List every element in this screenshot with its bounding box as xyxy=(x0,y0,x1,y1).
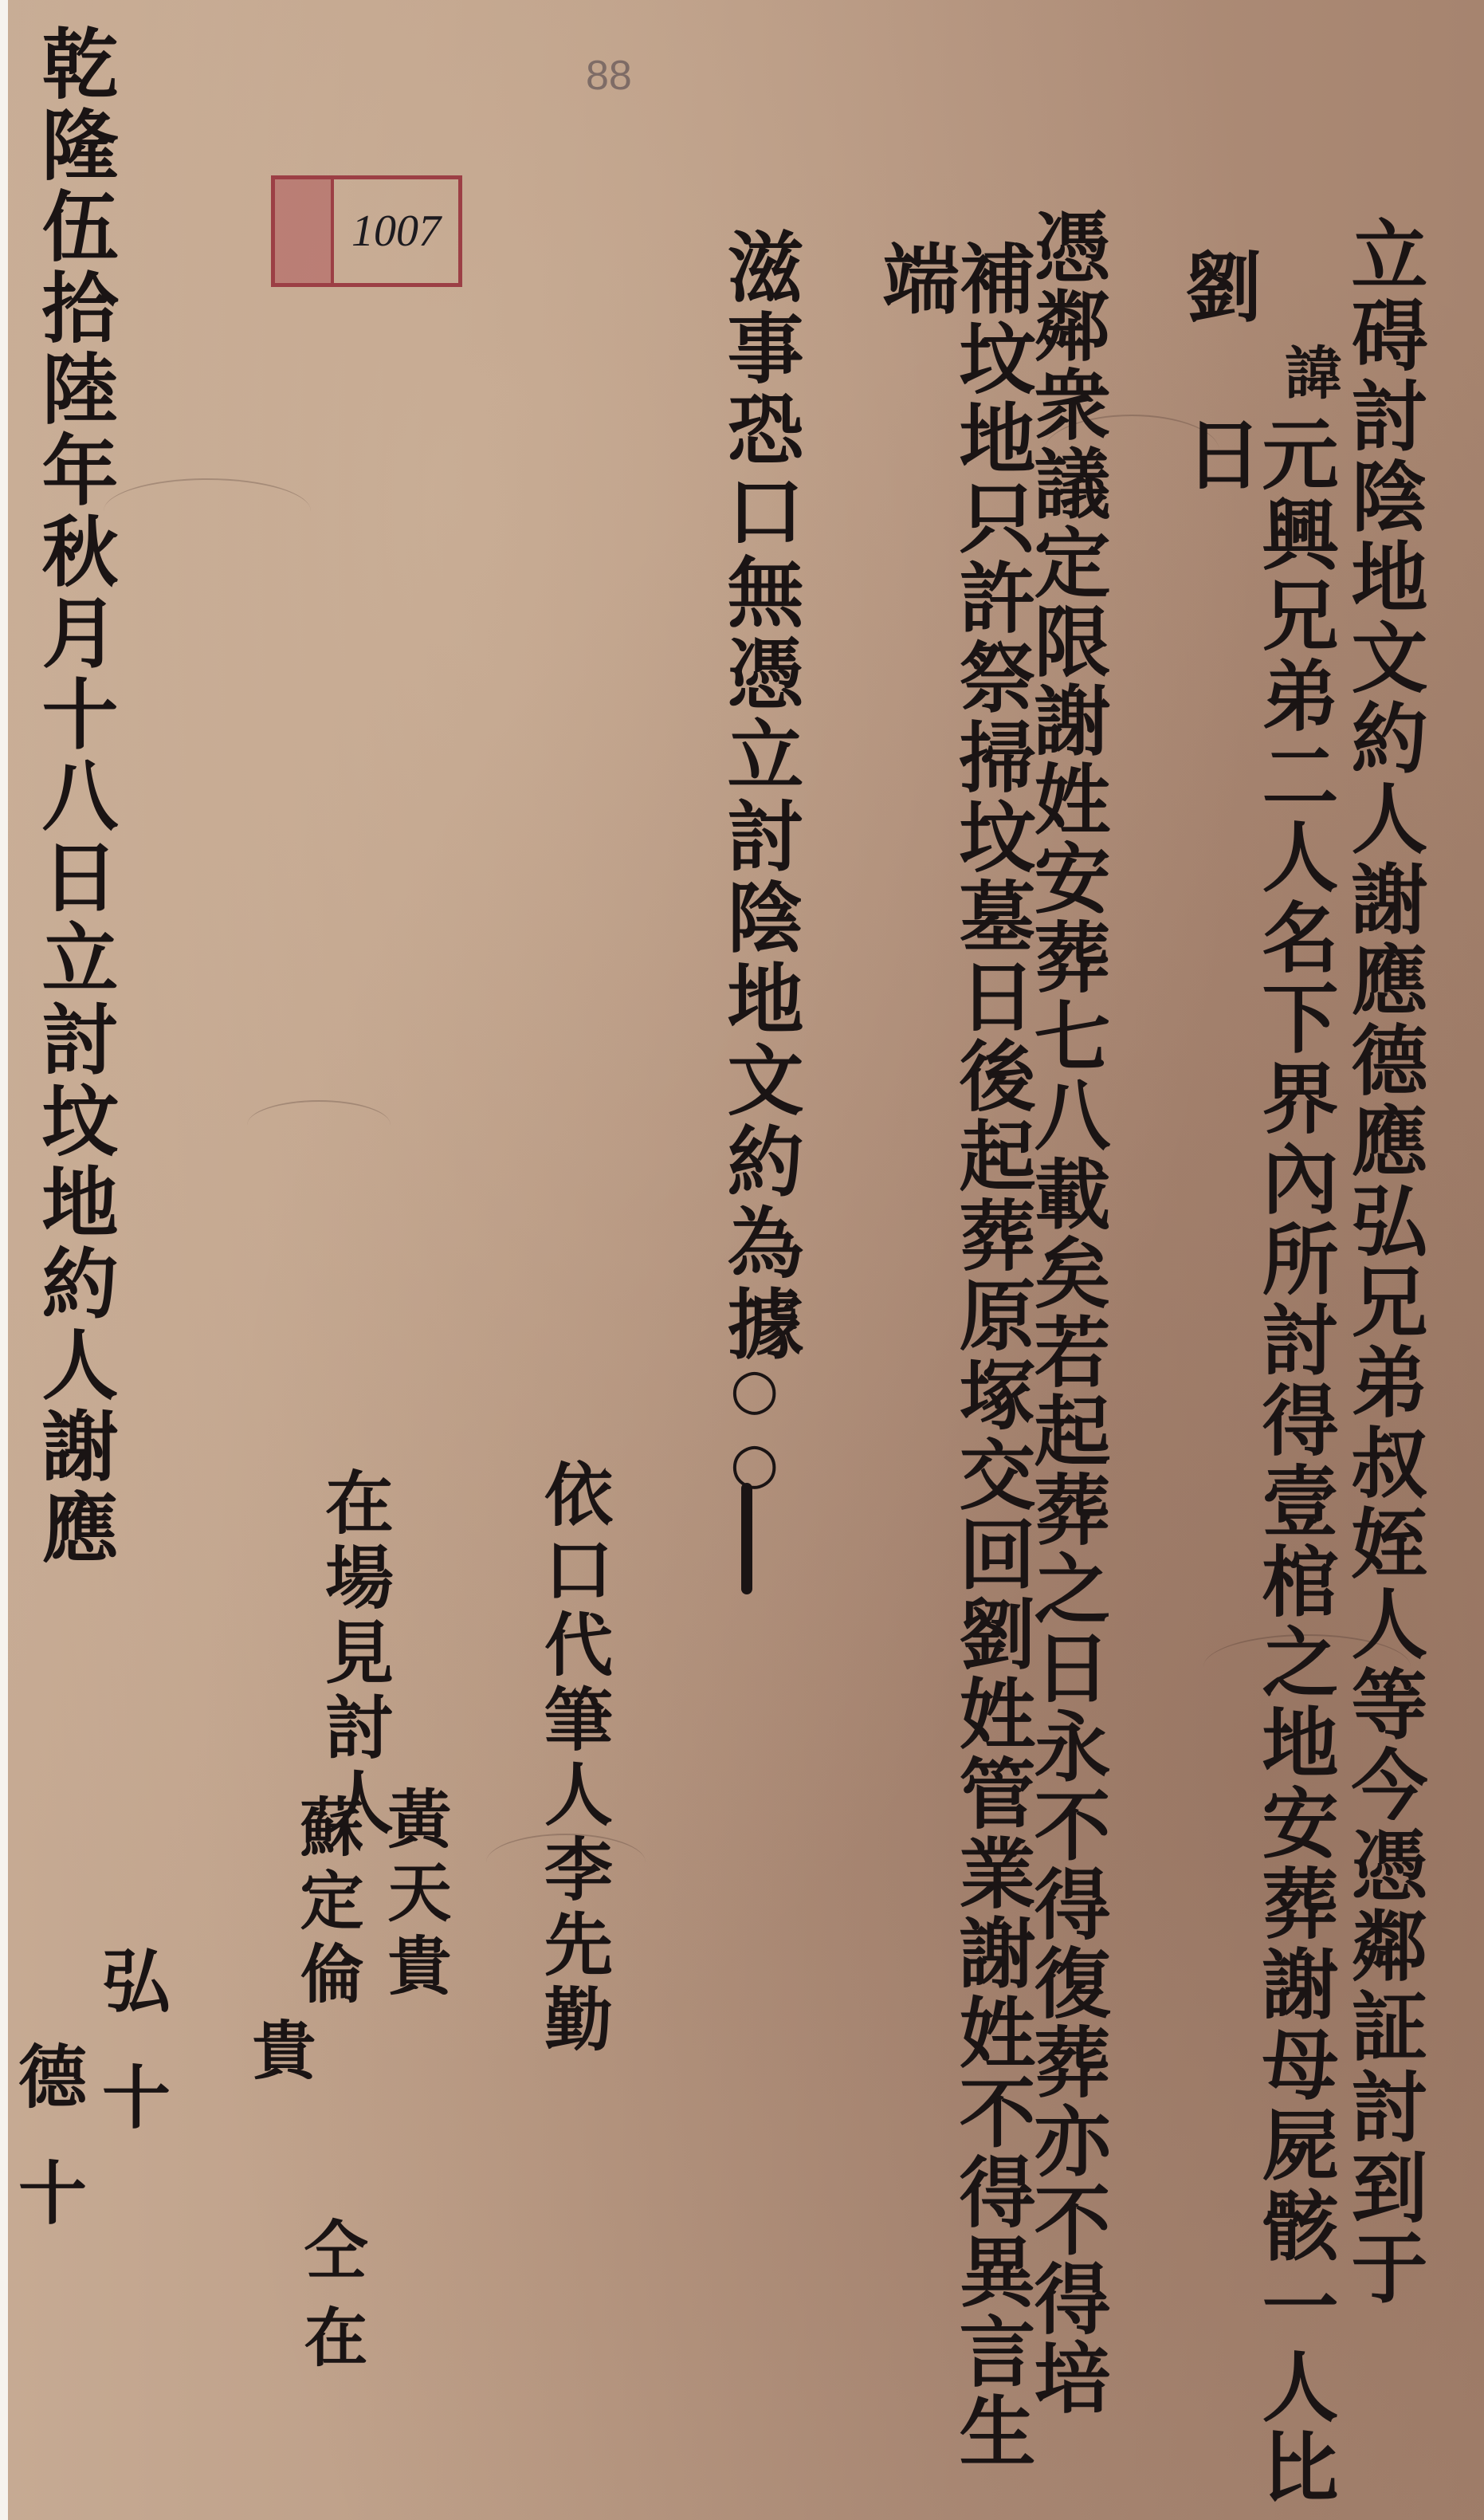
witness-name-3: 貴 xyxy=(247,2017,311,2081)
stamp-number: 1007 xyxy=(334,179,458,283)
date-line: 乾隆伍拾陸年秋月十八日立討坟地約人謝應 xyxy=(36,24,112,1569)
honorific-mark: 諱 xyxy=(1267,343,1350,400)
paper-fiber xyxy=(104,478,311,544)
closing-circles: ○○ xyxy=(721,1355,787,1504)
stamp-seal-block xyxy=(275,179,334,283)
witness-together-mark: 仝在 xyxy=(299,2216,363,2392)
signer-hong: 弘十 xyxy=(96,1945,164,2178)
contract-column-4: 補坟地只許祭掃坟墓日後起葬原塚交回劉姓管業謝姓不得異言生端 xyxy=(877,239,1030,2520)
closing-stroke xyxy=(741,1483,752,1594)
contract-column-2: 元興兄弟二人名下界內所討得壹棺之地安葬謝母屍骸一人比日 xyxy=(1180,415,1333,2520)
contract-column-1: 立碍討陰地文約人謝應德應弘兄弟叔姪人等今憑鄰証討到于 xyxy=(1345,215,1422,2309)
contract-column-5: 滋事恐口無憑立討陰地文約為據 xyxy=(721,227,798,1366)
signer-de: 德十 xyxy=(12,2041,80,2274)
archive-stamp: 1007 xyxy=(271,175,462,287)
witness-name-1: 黃天貴 xyxy=(383,1786,446,2006)
scribe-signature: 依口代筆人李先勤 xyxy=(538,1459,607,2058)
pencil-page-number: 88 xyxy=(586,52,632,100)
paper-fiber xyxy=(247,1100,391,1150)
contract-column-3: 憑鄰衆議定限謝姓安葬七八載矣若起葬之日永不得復葬亦不得培 xyxy=(1028,207,1105,2417)
contract-column-2-head: 劉 xyxy=(1180,247,1256,324)
witness-name-2: 蘇定倫 xyxy=(295,1794,359,2014)
